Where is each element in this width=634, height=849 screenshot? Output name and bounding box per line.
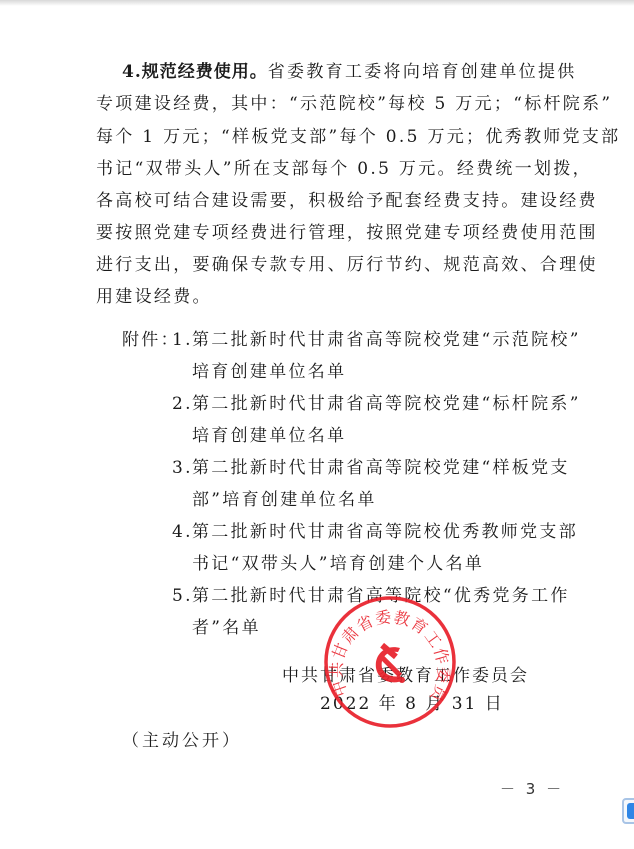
attachment-title: 第二批新时代甘肃省高等院校党建“样板党支 [192, 458, 570, 478]
attachment-title-cont: 者”名单 [192, 618, 261, 638]
paragraph-text: 省委教育工委将向培育创建单位提供 [268, 62, 577, 82]
viewer-floating-button[interactable] [622, 798, 634, 824]
page-number: － 3 － [500, 778, 564, 799]
attachment-title-cont: 书记“双带头人”培育创建个人名单 [192, 554, 484, 574]
attachment-title: 第二批新时代甘肃省高等院校党建“示范院校” [192, 330, 581, 350]
disclosure-note: （主动公开） [122, 731, 242, 751]
viewer-button-icon [627, 803, 634, 819]
attachment-title-cont: 部”培育创建单位名单 [192, 490, 377, 510]
paragraph-line: 进行支出，要确保专款专用、厉行节约、规范高效、合理使 [96, 255, 598, 275]
attachment-number: 5. [172, 586, 193, 606]
paragraph-line: 书记“双带头人”所在支部每个 0.5 万元。经费统一划拨， [96, 159, 592, 179]
attachment-number: 2. [172, 394, 193, 414]
attachment-title: 第二批新时代甘肃省高等院校优秀教师党支部 [192, 522, 578, 542]
attachment-number: 4. [172, 522, 193, 542]
paragraph-line: 要按照党建专项经费进行管理，按照党建专项经费使用范围 [96, 223, 598, 243]
section-4-heading: 4.规范经费使用。 [122, 62, 268, 82]
viewer-top-edge [0, 0, 634, 6]
paragraph-line: 每个 1 万元；“样板党支部”每个 0.5 万元；优秀教师党支部 [96, 127, 620, 147]
attachment-title-cont: 培育创建单位名单 [192, 426, 346, 446]
paragraph-line: 专项建设经费，其中：“示范院校”每校 5 万元；“标杆院系” [96, 94, 612, 114]
official-seal-icon: 中共甘肃省委教育工作委员会 [322, 594, 458, 730]
section-4-first-line: 4.规范经费使用。省委教育工委将向培育创建单位提供 [122, 62, 577, 82]
hammer-sickle-icon [376, 643, 405, 683]
attachment-number: 3. [172, 458, 193, 478]
attachment-number: 1. [172, 330, 193, 350]
attachment-title-cont: 培育创建单位名单 [192, 362, 346, 382]
attachment-title: 第二批新时代甘肃省高等院校党建“标杆院系” [192, 394, 581, 414]
paragraph-line: 用建设经费。 [96, 287, 212, 307]
paragraph-line: 各高校可结合建设需要，积极给予配套经费支持。建设经费 [96, 191, 598, 211]
